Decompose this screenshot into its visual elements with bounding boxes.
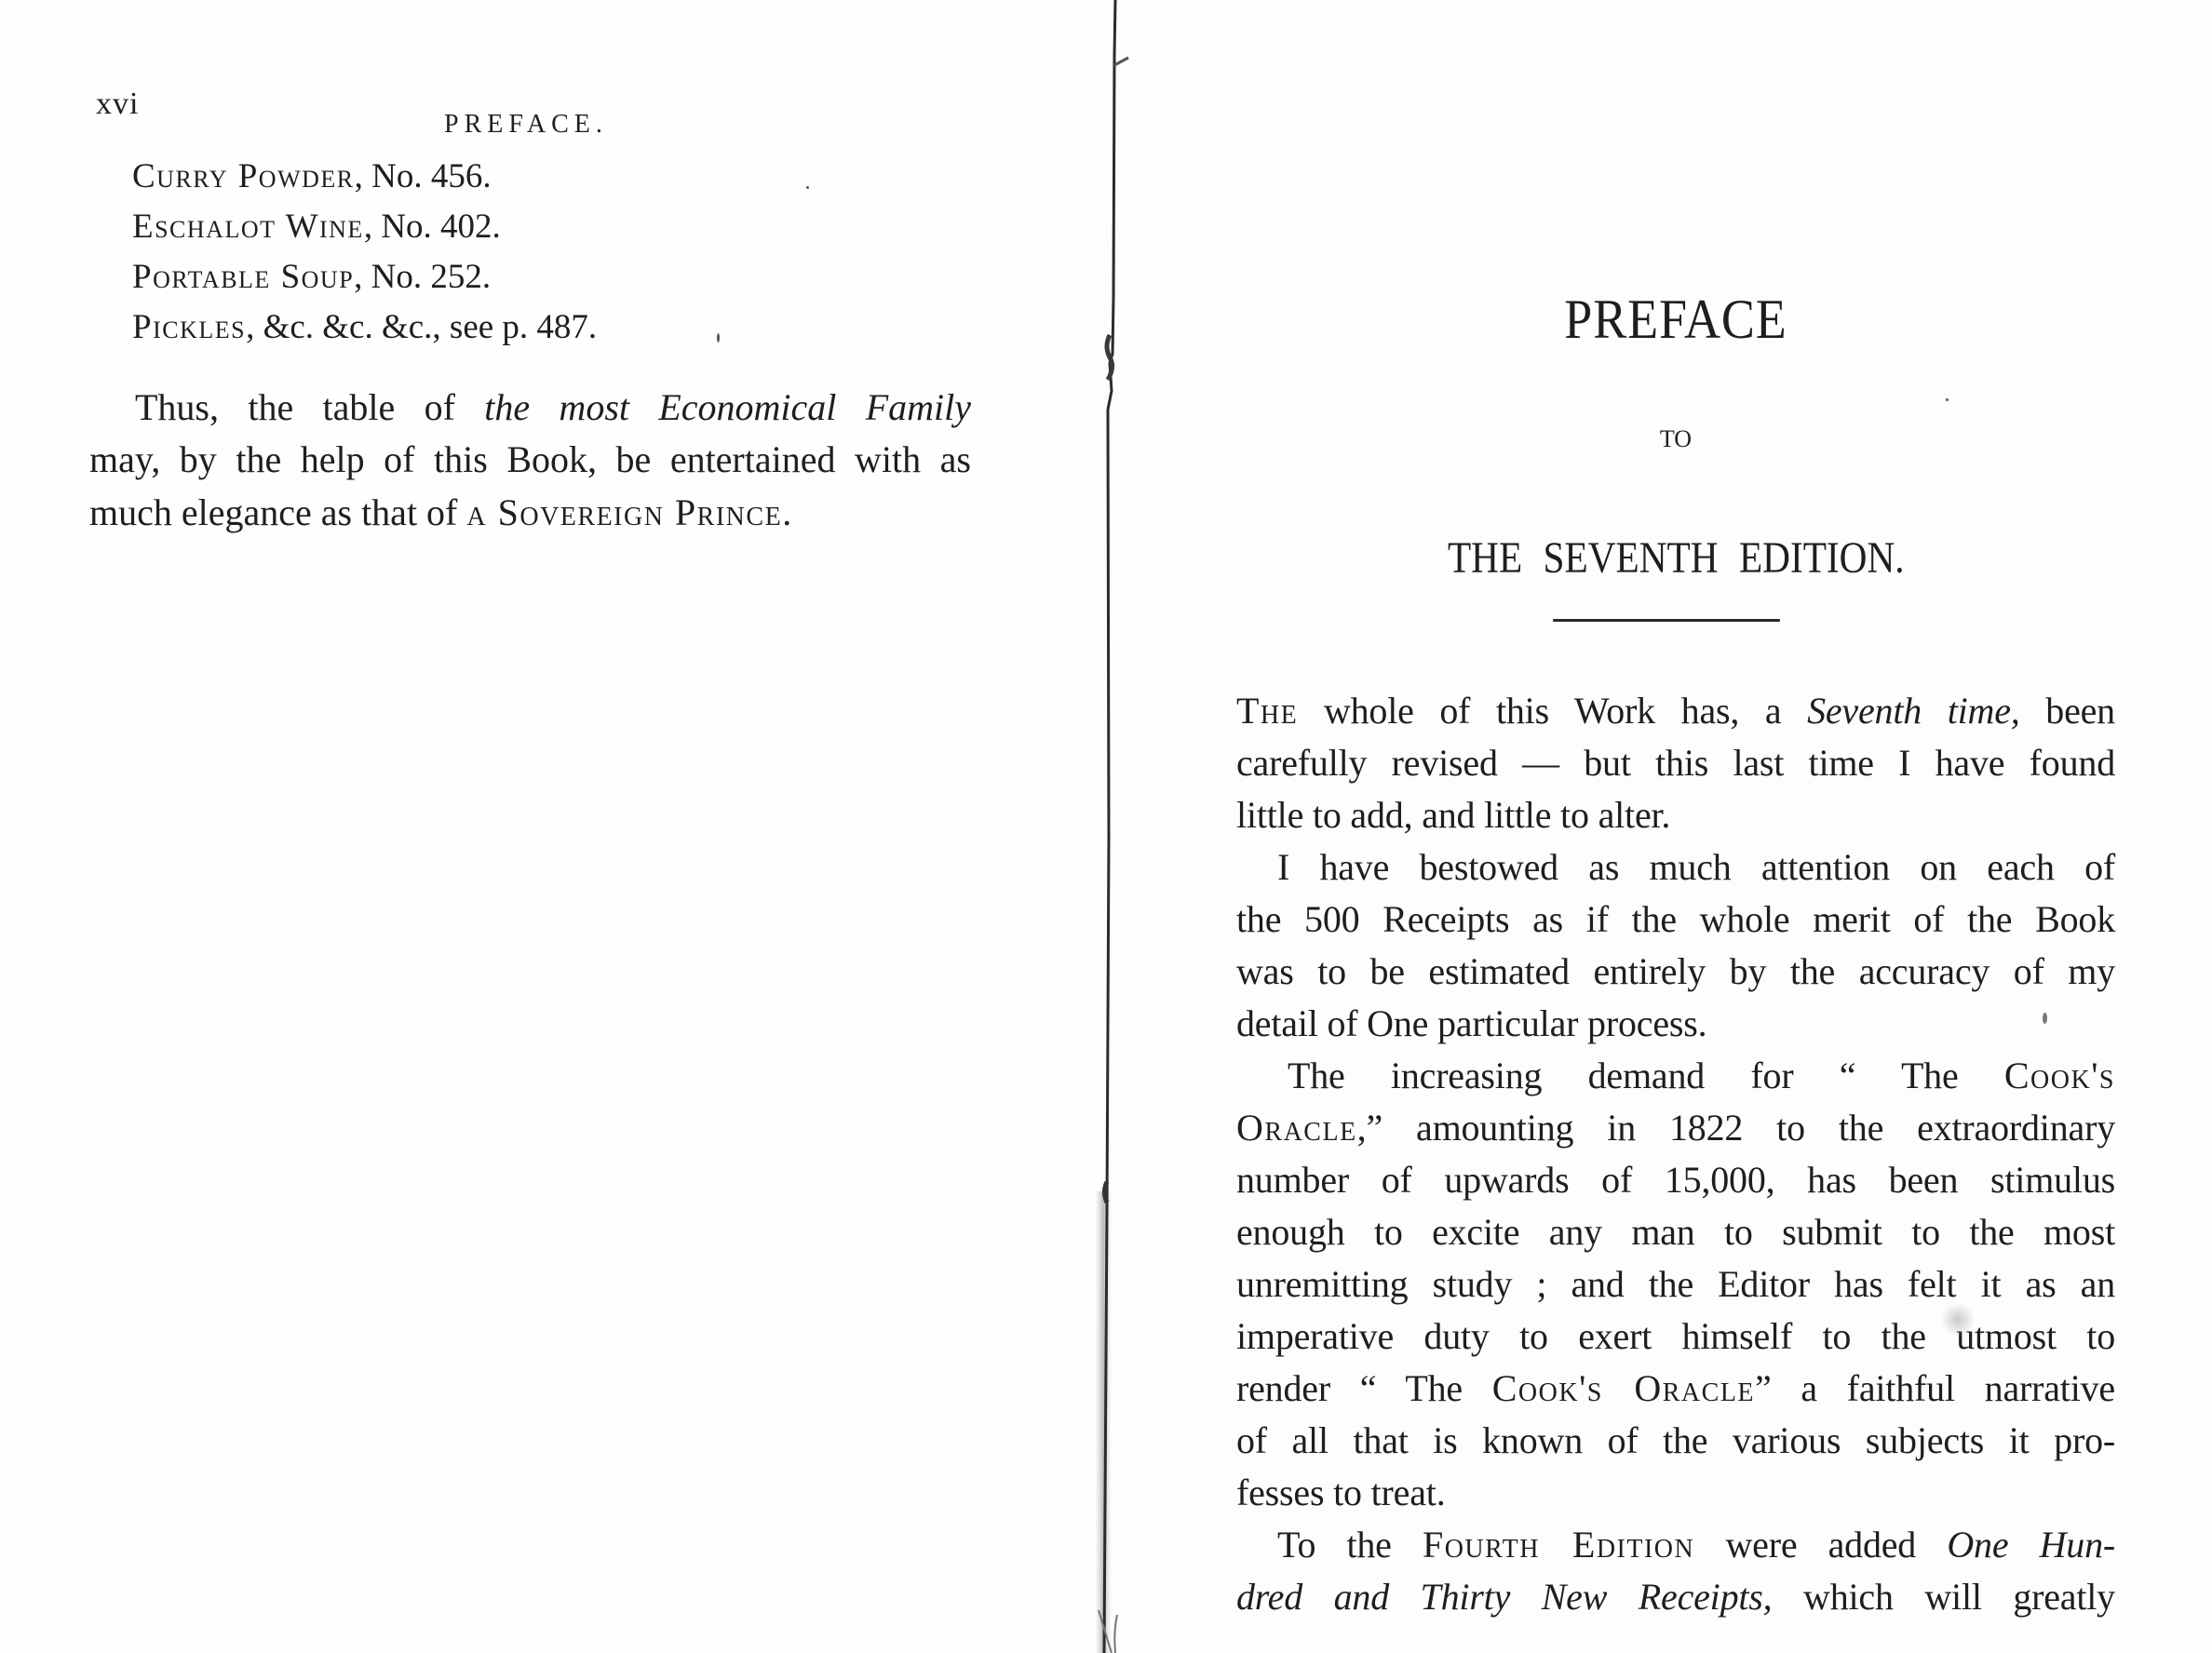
book-spine	[1071, 0, 1145, 1653]
text-line: enough to excite any man to submit to th…	[1236, 1214, 2115, 1251]
text-line: was to be estimated entirely by the accu…	[1236, 953, 2115, 990]
list-item: Curry Powder, No. 456.	[132, 159, 492, 194]
text-line: Thus, the table of the most Economical F…	[135, 389, 971, 426]
running-header: PREFACE.	[444, 112, 608, 138]
scan-speck	[2043, 1013, 2047, 1024]
text-line: Oracle,” amounting in 1822 to the extrao…	[1236, 1109, 2115, 1147]
text-line: render “ The Cook's Oracle” a faithful n…	[1236, 1370, 2115, 1407]
text-line: little to add, and little to alter.	[1236, 797, 2115, 834]
text-line: The whole of this Work has, a Seventh ti…	[1236, 692, 2115, 730]
text-line: imperative duty to exert himself to the …	[1236, 1318, 2115, 1355]
chapter-title-text: PREFACE	[1564, 291, 1787, 347]
chapter-subtitle: THE SEVENTH EDITION.	[1236, 536, 2115, 581]
text-line: number of upwards of 15,000, has been st…	[1236, 1162, 2115, 1199]
title-rule-divider	[1553, 619, 1780, 622]
text-line: much elegance as that of a Sovereign Pri…	[89, 494, 971, 531]
text-line: unremitting study ; and the Editor has f…	[1236, 1266, 2115, 1303]
text-line: detail of One particular process.	[1236, 1005, 2115, 1042]
page-number: xvi	[96, 88, 139, 120]
list-item: Eschalot Wine, No. 402.	[132, 209, 501, 244]
scan-speck	[1946, 398, 1949, 401]
text-line: may, by the help of this Book, be entert…	[89, 441, 971, 478]
scan-speck	[806, 186, 809, 189]
text-line: carefully revised — but this last time I…	[1236, 745, 2115, 782]
chapter-title: PREFACE	[1236, 291, 2115, 347]
list-item: Pickles, &c. &c. &c., see p. 487.	[132, 310, 597, 344]
text-line: the 500 Receipts as if the whole merit o…	[1236, 901, 2115, 938]
text-line: To the Fourth Edition were added One Hun…	[1277, 1526, 2115, 1564]
paper-stain	[1942, 1301, 1974, 1338]
text-line: dred and Thirty New Receipts, which will…	[1236, 1579, 2115, 1616]
text-line: fesses to treat.	[1236, 1474, 2115, 1512]
left-page	[0, 0, 1104, 1653]
text-line: The increasing demand for “ The Cook's	[1288, 1057, 2115, 1095]
text-line: I have bestowed as much attention on eac…	[1277, 849, 2115, 886]
chapter-subtitle-text: THE SEVENTH EDITION.	[1448, 536, 1905, 581]
text-line: of all that is known of the various subj…	[1236, 1422, 2115, 1459]
list-item: Portable Soup, No. 252.	[132, 260, 491, 294]
chapter-title-connector: TO	[1236, 427, 2115, 451]
scan-speck	[717, 333, 720, 343]
